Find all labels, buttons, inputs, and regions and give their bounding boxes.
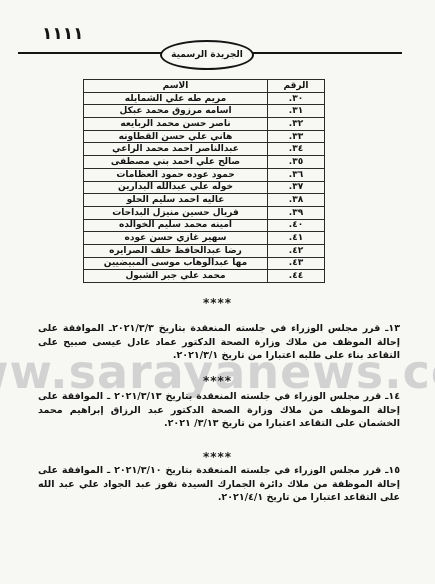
table-row: ٤٠.امينه محمد سليم الخوالده — [84, 219, 325, 232]
decree-paragraph: ١٤ـ قرر مجلس الوزراء في جلسته المنعقدة ب… — [38, 390, 400, 431]
row-name: صالح علي احمد بني مصطفى — [84, 156, 268, 169]
row-number: ٣٨. — [268, 194, 325, 207]
row-number: ٣٦. — [268, 168, 325, 181]
decree-paragraph: ١٣ـ قرر مجلس الوزراء في جلسته المنعقدة ب… — [38, 322, 400, 363]
row-number: ٤٤. — [268, 270, 325, 283]
table-header-row: الرقم الاسم — [84, 80, 325, 93]
row-number: ٣٢. — [268, 118, 325, 131]
row-name: عاليه احمد سليم الحلو — [84, 194, 268, 207]
table-row: ٣٤.عبدالناصر احمد محمد الراعي — [84, 143, 325, 156]
row-name: عبدالناصر احمد محمد الراعي — [84, 143, 268, 156]
row-name: اسامه مرزوق محمد عبكل — [84, 105, 268, 118]
row-number: ٤٠. — [268, 219, 325, 232]
row-name: حمود عوده حمود العظامات — [84, 168, 268, 181]
names-table: الرقم الاسم ٣٠.مريم طه علي الشمايله٣١.اس… — [83, 79, 325, 283]
row-name: مريم طه علي الشمايله — [84, 92, 268, 105]
table-row: ٣٧.خوله علي عبدالله البدارين — [84, 181, 325, 194]
row-number: ٣٧. — [268, 181, 325, 194]
asterisk-separator: **** — [0, 296, 435, 310]
page-number: ١١١١ — [42, 24, 84, 44]
table-row: ٤٤.محمد علي جبر الشبول — [84, 270, 325, 283]
table-row: ٤٢.رضا عبدالحافظ خلف الصرايره — [84, 244, 325, 257]
table-row: ٤١.سهير غازي حسن عوده — [84, 232, 325, 245]
table-row: ٣٣.هاني علي حسن القطاونه — [84, 130, 325, 143]
table-row: ٣٢.ناصر حسن محمد الربايعه — [84, 118, 325, 131]
row-name: رضا عبدالحافظ خلف الصرايره — [84, 244, 268, 257]
table-row: ٣١.اسامه مرزوق محمد عبكل — [84, 105, 325, 118]
decree-paragraph: ١٥ـ قرر مجلس الوزراء في جلسته المنعقدة ب… — [38, 464, 400, 505]
row-number: ٤٢. — [268, 244, 325, 257]
row-number: ٣٩. — [268, 206, 325, 219]
row-name: امينه محمد سليم الخوالده — [84, 219, 268, 232]
row-number: ٤١. — [268, 232, 325, 245]
gazette-badge-label: الجريدة الرسمية — [171, 50, 243, 60]
names-table-body: ٣٠.مريم طه علي الشمايله٣١.اسامه مرزوق مح… — [84, 92, 325, 282]
row-number: ٣٤. — [268, 143, 325, 156]
table-row: ٣٥.صالح علي احمد بني مصطفى — [84, 156, 325, 169]
column-header-name: الاسم — [84, 80, 268, 93]
table-row: ٣٩.فريال حسين منيزل البداحات — [84, 206, 325, 219]
row-name: خوله علي عبدالله البدارين — [84, 181, 268, 194]
table-row: ٤٣.مها عبدالوهاب موسى المبيضيين — [84, 257, 325, 270]
row-name: هاني علي حسن القطاونه — [84, 130, 268, 143]
row-number: ٣١. — [268, 105, 325, 118]
gazette-badge: الجريدة الرسمية — [160, 40, 254, 70]
row-name: فريال حسين منيزل البداحات — [84, 206, 268, 219]
row-number: ٣٠. — [268, 92, 325, 105]
row-number: ٤٣. — [268, 257, 325, 270]
row-name: مها عبدالوهاب موسى المبيضيين — [84, 257, 268, 270]
table-row: ٣٦.حمود عوده حمود العظامات — [84, 168, 325, 181]
row-name: ناصر حسن محمد الربايعه — [84, 118, 268, 131]
row-number: ٣٣. — [268, 130, 325, 143]
table-row: ٣٠.مريم طه علي الشمايله — [84, 92, 325, 105]
asterisk-separator: **** — [0, 450, 435, 464]
column-header-number: الرقم — [268, 80, 325, 93]
row-name: سهير غازي حسن عوده — [84, 232, 268, 245]
asterisk-separator: **** — [0, 374, 435, 388]
row-name: محمد علي جبر الشبول — [84, 270, 268, 283]
row-number: ٣٥. — [268, 156, 325, 169]
table-row: ٣٨.عاليه احمد سليم الحلو — [84, 194, 325, 207]
